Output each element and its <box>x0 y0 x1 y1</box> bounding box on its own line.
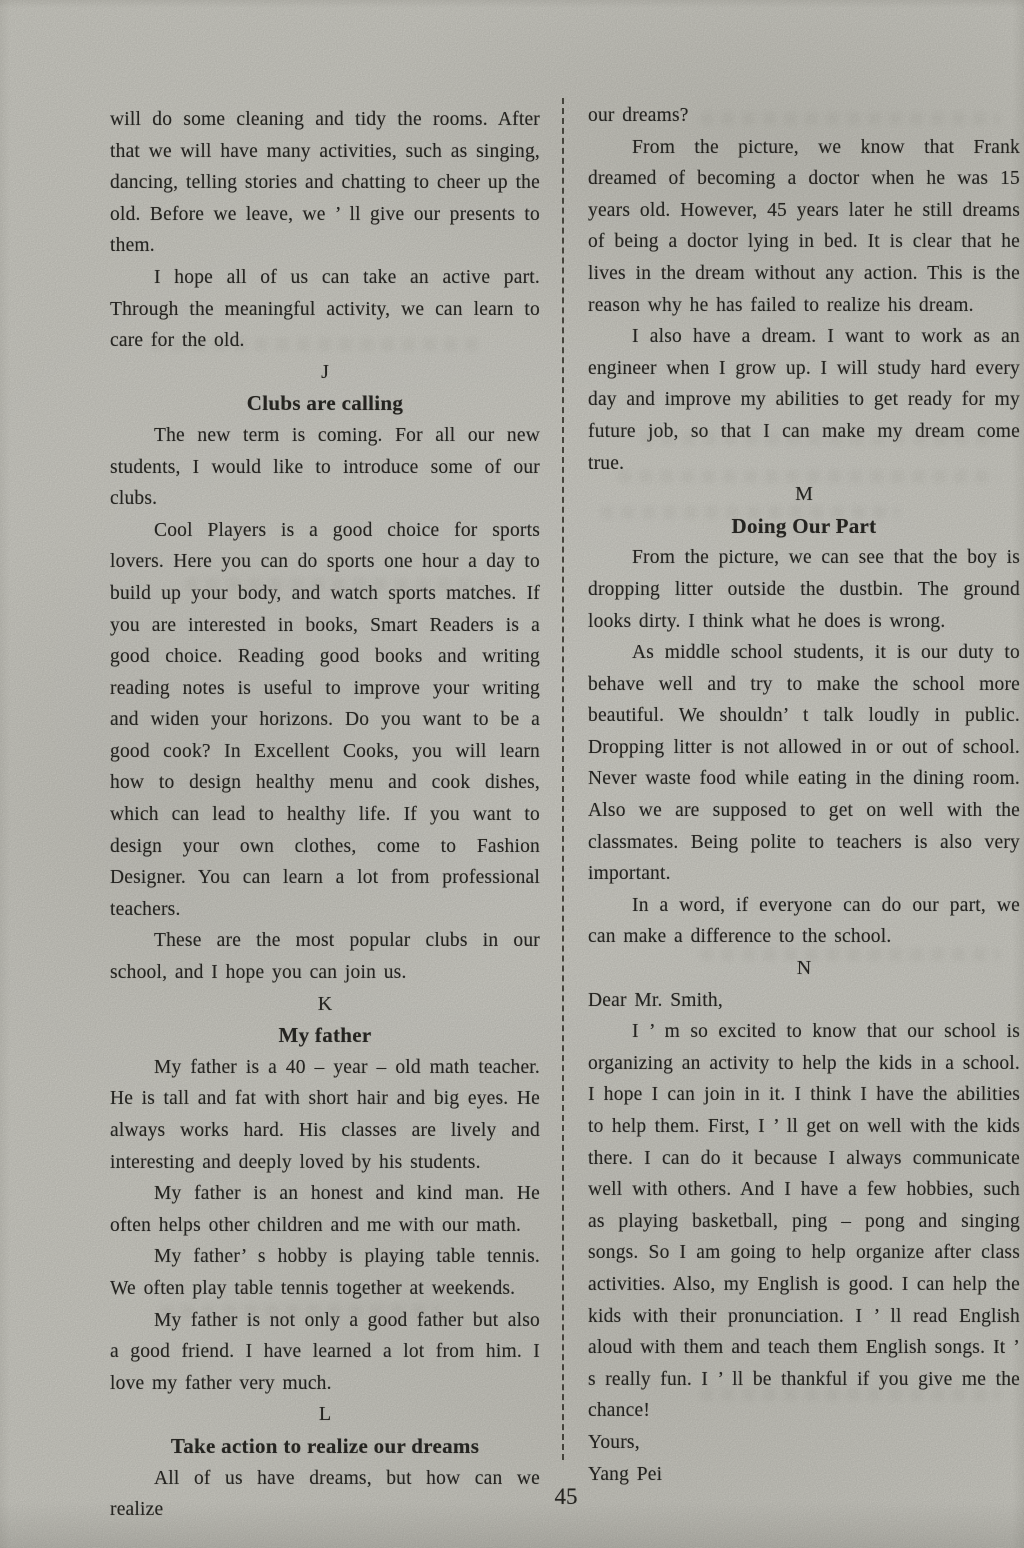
paragraph: As middle school students, it is our dut… <box>588 637 1020 890</box>
section-letter-heading: K <box>110 989 540 1021</box>
paragraph: From the picture, we know that Frank dre… <box>588 132 1020 322</box>
paragraph: In a word, if everyone can do our part, … <box>588 890 1020 953</box>
paragraph: Yours, <box>588 1427 1020 1459</box>
section-letter-heading: M <box>588 479 1020 511</box>
paragraph: My father is a 40 – year – old math teac… <box>110 1052 540 1178</box>
paragraph: will do some cleaning and tidy the rooms… <box>110 104 540 262</box>
paragraph: From the picture, we can see that the bo… <box>588 542 1020 637</box>
scan-shadow-left <box>0 0 10 1548</box>
paragraph: My father is an honest and kind man. He … <box>110 1178 540 1241</box>
scanned-book-page: will do some cleaning and tidy the rooms… <box>0 0 1024 1548</box>
paragraph: Dear Mr. Smith, <box>588 985 1020 1017</box>
column-divider-dashed-line <box>562 98 564 1460</box>
left-text-column: will do some cleaning and tidy the rooms… <box>110 104 540 1526</box>
paragraph: our dreams? <box>588 100 1020 132</box>
section-letter-heading: L <box>110 1399 540 1431</box>
section-letter-heading: N <box>588 953 1020 985</box>
paragraph: I ’ m so excited to know that our school… <box>588 1016 1020 1427</box>
paragraph: I hope all of us can take an active part… <box>110 262 540 357</box>
paragraph: Cool Players is a good choice for sports… <box>110 515 540 926</box>
page-number: 45 <box>555 1483 578 1511</box>
paragraph: I also have a dream. I want to work as a… <box>588 321 1020 479</box>
paragraph: These are the most popular clubs in our … <box>110 925 540 988</box>
paragraph: Yang Pei <box>588 1459 1020 1491</box>
section-title: My father <box>110 1020 540 1052</box>
right-text-column: our dreams?From the picture, we know tha… <box>588 100 1020 1490</box>
section-title: Clubs are calling <box>110 388 540 420</box>
paragraph: The new term is coming. For all our new … <box>110 420 540 515</box>
section-title: Doing Our Part <box>588 511 1020 543</box>
scan-shadow-top <box>0 0 1024 8</box>
paragraph: My father is not only a good father but … <box>110 1305 540 1400</box>
paragraph: All of us have dreams, but how can we re… <box>110 1463 540 1526</box>
section-title: Take action to realize our dreams <box>110 1431 540 1463</box>
section-letter-heading: J <box>110 357 540 389</box>
paragraph: My father’ s hobby is playing table tenn… <box>110 1241 540 1304</box>
